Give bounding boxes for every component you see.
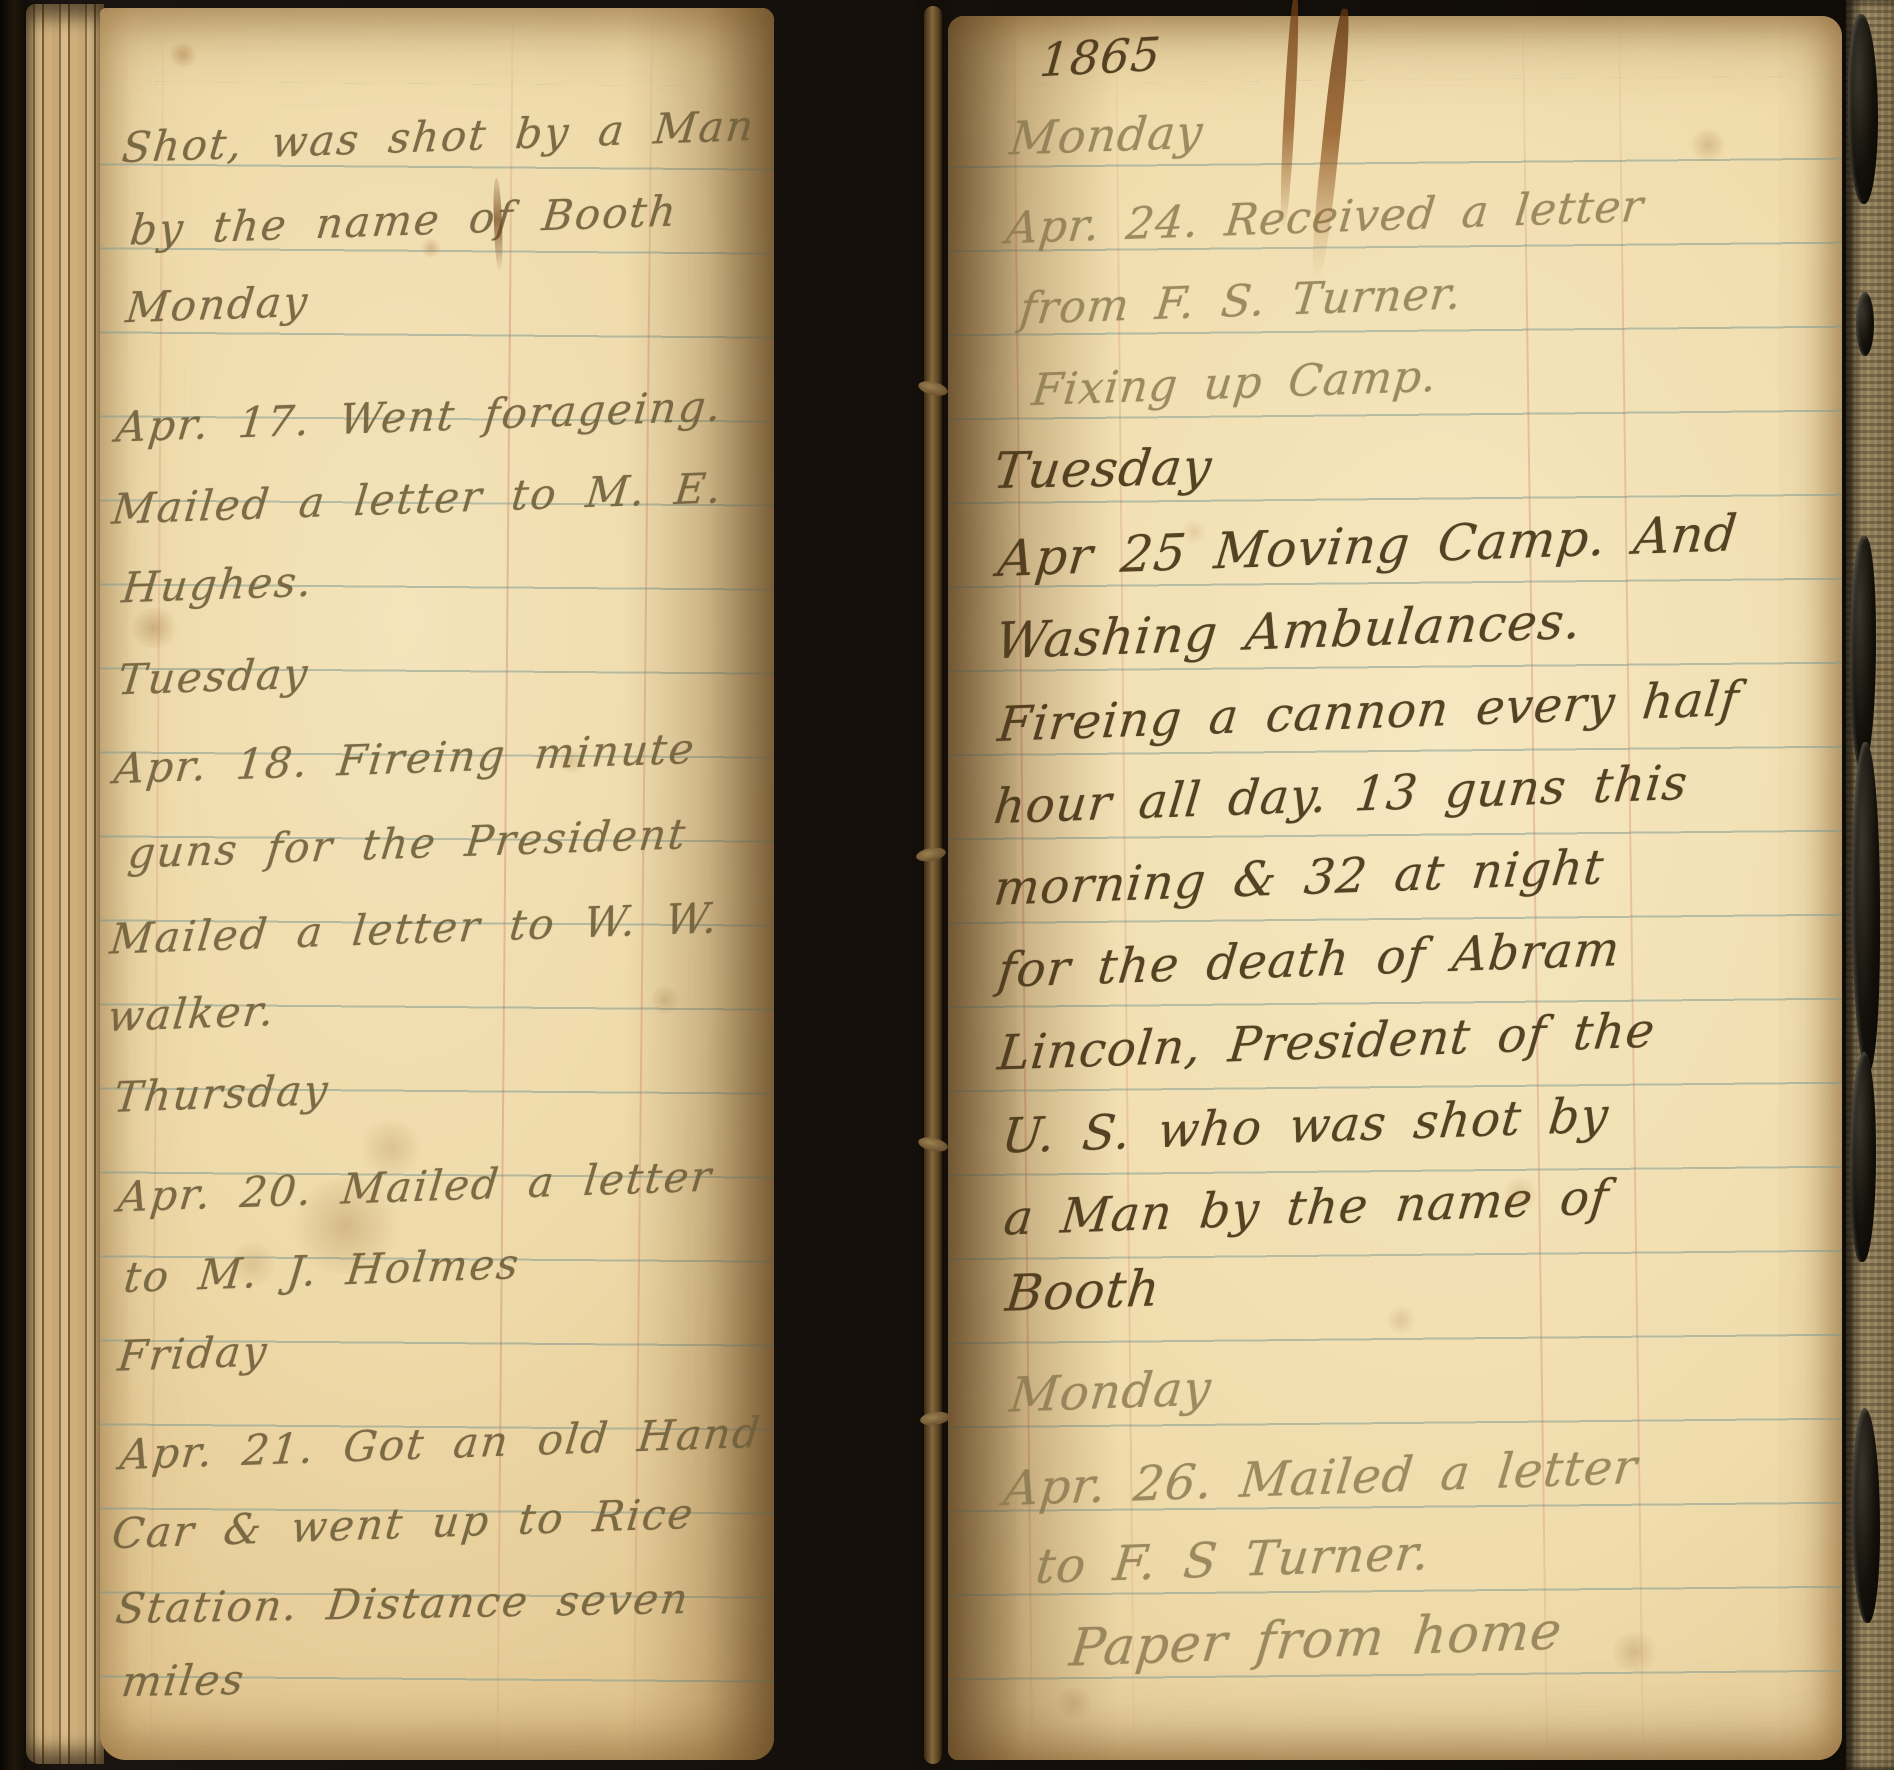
handwritten-line: Monday [1008,1364,1214,1419]
spine-stitching [924,6,942,1764]
cover-black-patch [1848,14,1878,204]
right-cover-edge [1846,0,1894,1770]
handwritten-line: Tuesday [991,442,1215,496]
cover-black-patch [1852,1408,1880,1623]
left-binding-edge [0,0,26,1770]
stitch-knot [915,845,947,863]
handwritten-line: Tuesday [116,653,311,702]
handwritten-line: walker. [106,990,278,1038]
right-page: 1865MondayApr. 24. Received a letterfrom… [948,16,1842,1760]
cover-black-patch [1850,1052,1876,1262]
handwritten-line: Station. Distance seven [113,1578,692,1630]
diary-photo: Shot, was shot by a Manby the name of Bo… [0,0,1894,1770]
handwritten-line: Monday [124,281,311,330]
handwritten-line: miles [119,1659,247,1703]
handwritten-line: Friday [116,1330,271,1377]
cover-black-patch [1850,536,1876,772]
cover-black-patch [1852,742,1880,1072]
page-stack-edges [26,4,104,1764]
handwritten-line: Thursday [112,1069,332,1119]
stitch-knot [917,1135,949,1154]
handwritten-line: Monday [1008,109,1206,162]
handwritten-line: to F. S Turner. [1034,1529,1433,1591]
cover-black-patch [1856,292,1874,356]
handwritten-line: Booth [1003,1263,1162,1319]
handwritten-line: 1865 [1038,31,1163,84]
handwritten-line: Hughes. [120,561,316,610]
left-page: Shot, was shot by a Manby the name of Bo… [100,8,774,1760]
